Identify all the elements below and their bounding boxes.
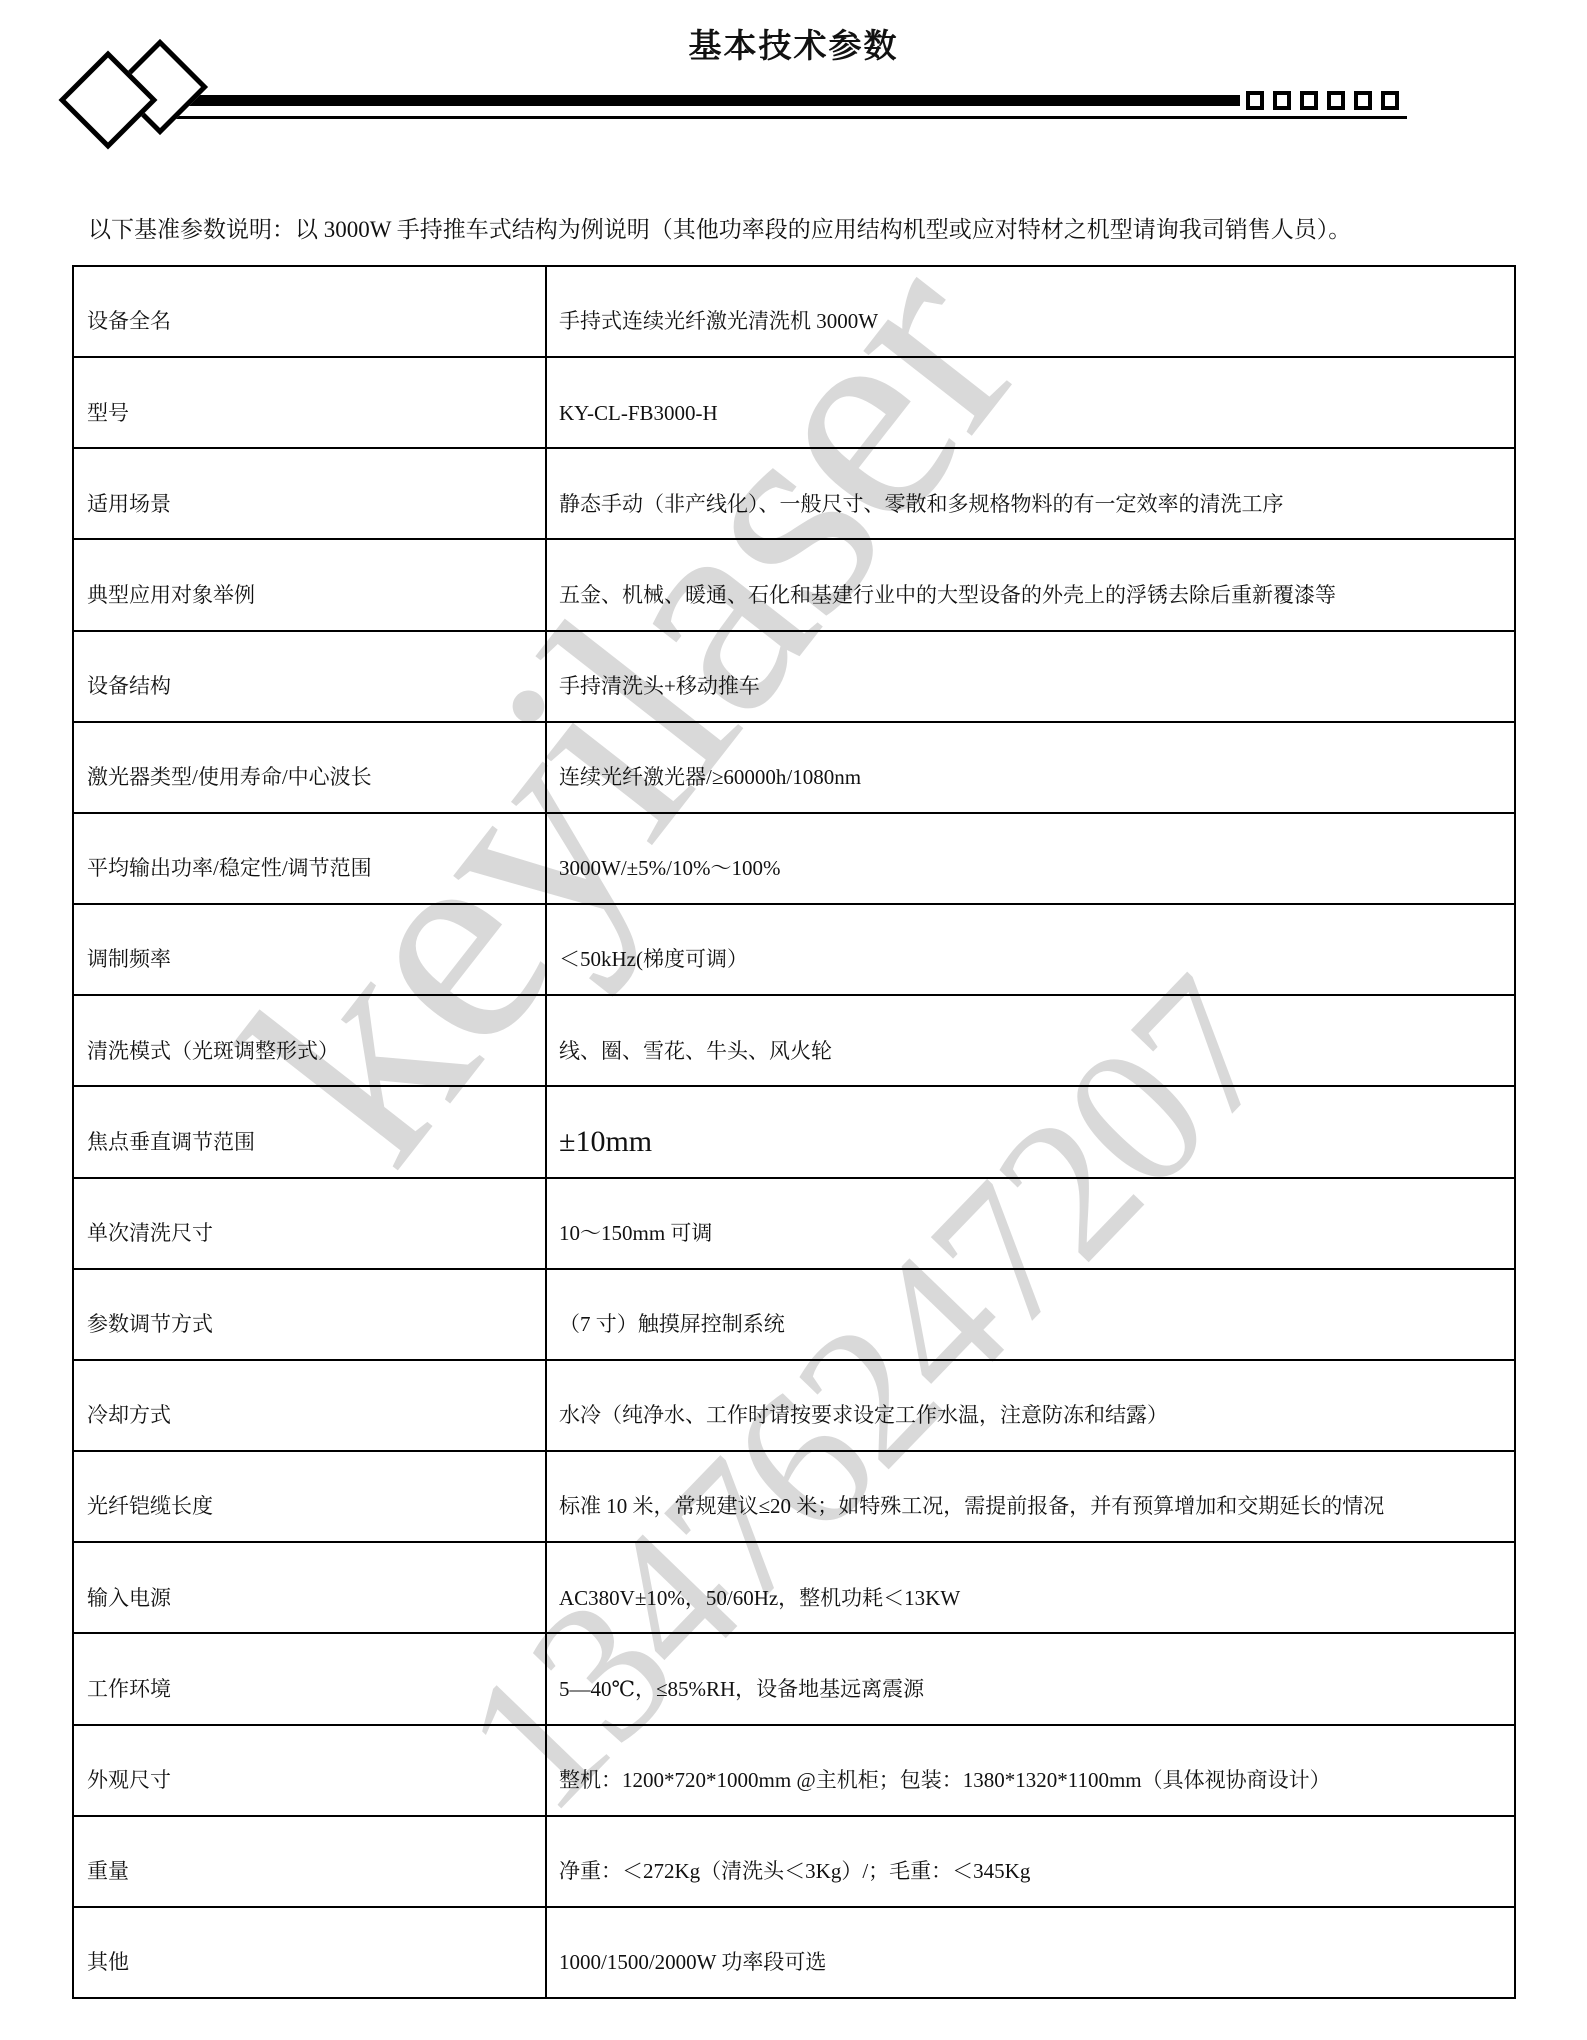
table-row: 参数调节方式（7 寸）触摸屏控制系统 bbox=[74, 1270, 1514, 1361]
table-row: 工作环境5—40℃，≤85%RH，设备地基远离震源 bbox=[74, 1634, 1514, 1725]
decoration-square bbox=[1273, 91, 1291, 110]
table-row: 单次清洗尺寸10～150mm 可调 bbox=[74, 1179, 1514, 1270]
spec-value: 五金、机械、暖通、石化和基建行业中的大型设备的外壳上的浮锈去除后重新覆漆等 bbox=[547, 540, 1514, 629]
table-row: 清洗模式（光斑调整形式）线、圈、雪花、牛头、风火轮 bbox=[74, 996, 1514, 1087]
spec-label: 设备结构 bbox=[74, 632, 547, 721]
table-row: 设备结构手持清洗头+移动推车 bbox=[74, 632, 1514, 723]
table-row: 激光器类型/使用寿命/中心波长连续光纤激光器/≥60000h/1080nm bbox=[74, 723, 1514, 814]
spec-label: 其他 bbox=[74, 1908, 547, 1997]
decoration-square bbox=[1381, 91, 1399, 110]
decoration-square bbox=[1327, 91, 1345, 110]
spec-label: 焦点垂直调节范围 bbox=[74, 1087, 547, 1176]
spec-label: 设备全名 bbox=[74, 267, 547, 356]
spec-value: ±10mm bbox=[547, 1087, 1514, 1176]
spec-label: 清洗模式（光斑调整形式） bbox=[74, 996, 547, 1085]
spec-label: 单次清洗尺寸 bbox=[74, 1179, 547, 1268]
page-title: 基本技术参数 bbox=[0, 20, 1587, 67]
header-rule-thin bbox=[163, 116, 1407, 119]
spec-label: 外观尺寸 bbox=[74, 1726, 547, 1815]
table-row: 外观尺寸整机：1200*720*1000mm @主机柜；包装：1380*1320… bbox=[74, 1726, 1514, 1817]
spec-value: 连续光纤激光器/≥60000h/1080nm bbox=[547, 723, 1514, 812]
document-page: keyilaser 13476247207 基本技术参数 以下基准参数说明：以 … bbox=[0, 0, 1587, 2040]
spec-value: KY-CL-FB3000-H bbox=[547, 358, 1514, 447]
table-row: 调制频率＜50kHz(梯度可调） bbox=[74, 905, 1514, 996]
spec-label: 光纤铠缆长度 bbox=[74, 1452, 547, 1541]
spec-value: ＜50kHz(梯度可调） bbox=[547, 905, 1514, 994]
spec-label: 适用场景 bbox=[74, 449, 547, 538]
spec-value: 净重：＜272Kg（清洗头＜3Kg）/；毛重：＜345Kg bbox=[547, 1817, 1514, 1906]
table-row: 设备全名手持式连续光纤激光清洗机 3000W bbox=[74, 267, 1514, 358]
spec-label: 输入电源 bbox=[74, 1543, 547, 1632]
spec-label: 典型应用对象举例 bbox=[74, 540, 547, 629]
spec-value: 标准 10 米，常规建议≤20 米；如特殊工况，需提前报备，并有预算增加和交期延… bbox=[547, 1452, 1514, 1541]
spec-value: 线、圈、雪花、牛头、风火轮 bbox=[547, 996, 1514, 1085]
spec-label: 参数调节方式 bbox=[74, 1270, 547, 1359]
spec-label: 重量 bbox=[74, 1817, 547, 1906]
spec-value: 1000/1500/2000W 功率段可选 bbox=[547, 1908, 1514, 1997]
table-row: 典型应用对象举例五金、机械、暖通、石化和基建行业中的大型设备的外壳上的浮锈去除后… bbox=[74, 540, 1514, 631]
table-row: 平均输出功率/稳定性/调节范围3000W/±5%/10%～100% bbox=[74, 814, 1514, 905]
spec-label: 冷却方式 bbox=[74, 1361, 547, 1450]
spec-value: 5—40℃，≤85%RH，设备地基远离震源 bbox=[547, 1634, 1514, 1723]
decoration-square bbox=[1354, 91, 1372, 110]
spec-table: 设备全名手持式连续光纤激光清洗机 3000W型号KY-CL-FB3000-H适用… bbox=[72, 265, 1516, 1999]
table-row: 输入电源AC380V±10%，50/60Hz，整机功耗＜13KW bbox=[74, 1543, 1514, 1634]
decoration-square bbox=[1246, 91, 1264, 110]
spec-value: 水冷（纯净水、工作时请按要求设定工作水温，注意防冻和结露） bbox=[547, 1361, 1514, 1450]
spec-value: 手持式连续光纤激光清洗机 3000W bbox=[547, 267, 1514, 356]
spec-value: 整机：1200*720*1000mm @主机柜；包装：1380*1320*110… bbox=[547, 1726, 1514, 1815]
table-row: 焦点垂直调节范围±10mm bbox=[74, 1087, 1514, 1178]
table-row: 光纤铠缆长度标准 10 米，常规建议≤20 米；如特殊工况，需提前报备，并有预算… bbox=[74, 1452, 1514, 1543]
table-row: 重量净重：＜272Kg（清洗头＜3Kg）/；毛重：＜345Kg bbox=[74, 1817, 1514, 1908]
intro-note: 以下基准参数说明：以 3000W 手持推车式结构为例说明（其他功率段的应用结构机… bbox=[88, 212, 1508, 249]
table-row: 冷却方式水冷（纯净水、工作时请按要求设定工作水温，注意防冻和结露） bbox=[74, 1361, 1514, 1452]
spec-label: 型号 bbox=[74, 358, 547, 447]
header-rule-thick bbox=[185, 95, 1240, 106]
table-row: 型号KY-CL-FB3000-H bbox=[74, 358, 1514, 449]
decoration-square bbox=[1300, 91, 1318, 110]
spec-value: （7 寸）触摸屏控制系统 bbox=[547, 1270, 1514, 1359]
spec-value: 手持清洗头+移动推车 bbox=[547, 632, 1514, 721]
table-row: 其他1000/1500/2000W 功率段可选 bbox=[74, 1908, 1514, 1997]
spec-label: 调制频率 bbox=[74, 905, 547, 994]
header-squares-ornament bbox=[1246, 91, 1399, 110]
spec-value: 静态手动（非产线化）、一般尺寸、零散和多规格物料的有一定效率的清洗工序 bbox=[547, 449, 1514, 538]
spec-label: 工作环境 bbox=[74, 1634, 547, 1723]
spec-value: 10～150mm 可调 bbox=[547, 1179, 1514, 1268]
table-row: 适用场景静态手动（非产线化）、一般尺寸、零散和多规格物料的有一定效率的清洗工序 bbox=[74, 449, 1514, 540]
spec-label: 平均输出功率/稳定性/调节范围 bbox=[74, 814, 547, 903]
spec-label: 激光器类型/使用寿命/中心波长 bbox=[74, 723, 547, 812]
spec-value: AC380V±10%，50/60Hz，整机功耗＜13KW bbox=[547, 1543, 1514, 1632]
spec-value: 3000W/±5%/10%～100% bbox=[547, 814, 1514, 903]
